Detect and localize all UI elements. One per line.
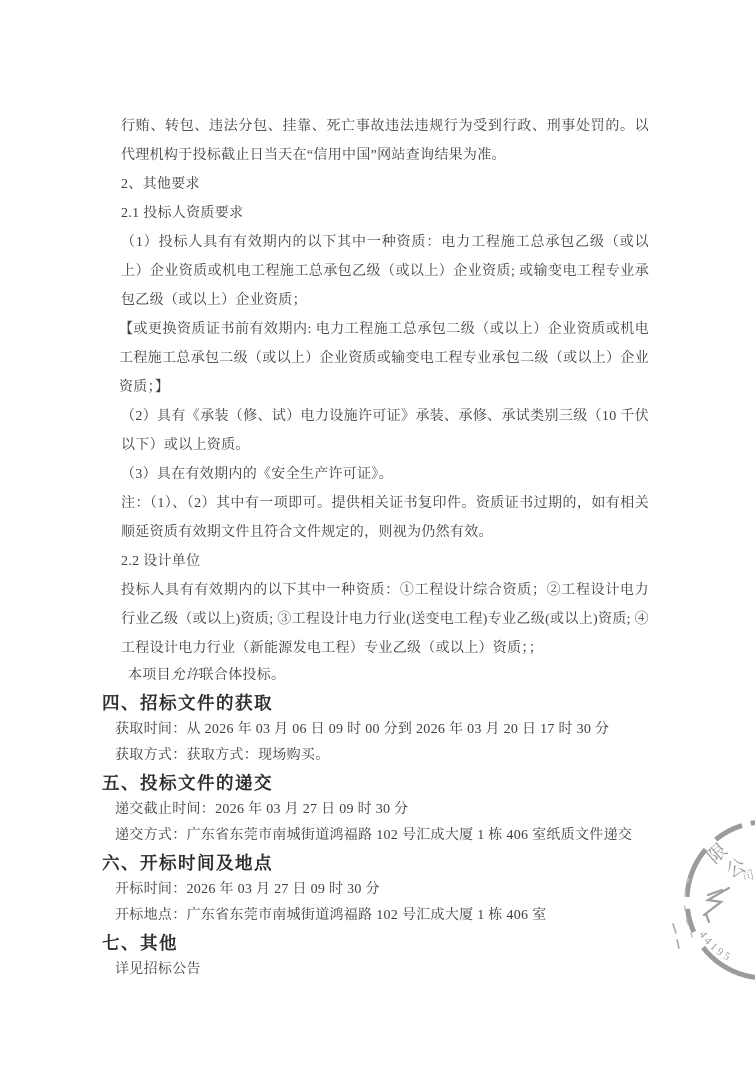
joint-venture-statement: 本项目允许联合体投标。 <box>128 663 649 689</box>
qualification-item-2: （2）具有《承装（修、试）电力设施许可证》承装、承修、承试类别三级（10 千伏以… <box>121 402 649 460</box>
heading-design-unit: 2.2 设计单位 <box>121 547 649 576</box>
jv-prefix: 本项目 <box>128 668 171 683</box>
qualification-note: 注：（1）、（2）其中有一项即可。提供相关证书复印件。资质证书过期的，如有相关顺… <box>121 489 649 547</box>
company-seal-stamp: 限 公 司 44195 <box>671 816 755 986</box>
section5-submission-method: 递交方式：广东省东莞市南城街道鸿福路 102 号汇成大厦 1 栋 406 室纸质… <box>115 823 649 849</box>
section6-title: 六、开标时间及地点 <box>102 849 649 877</box>
seal-char-si: 司 <box>740 867 755 883</box>
document-body: 行贿、转包、违法分包、挂靠、死亡事故违法违规行为受到行政、刑事处罚的。以代理机构… <box>102 112 649 983</box>
qualification-item-3: （3）具在有效期内的《安全生产许可证》。 <box>121 460 649 489</box>
qualification-item-1: （1）投标人具有有效期内的以下其中一种资质：电力工程施工总承包乙级（或以上）企业… <box>121 228 649 315</box>
section6-opening-place: 开标地点：广东省东莞市南城街道鸿福路 102 号汇成大厦 1 栋 406 室 <box>115 903 649 929</box>
design-qualification: 投标人具有有效期内的以下其中一种资质：①工程设计综合资质；②工程设计电力行业乙级… <box>121 576 649 663</box>
paragraph-credit-china-note: 行贿、转包、违法分包、挂靠、死亡事故违法违规行为受到行政、刑事处罚的。以代理机构… <box>121 112 649 170</box>
section6-opening-time: 开标时间：2026 年 03 月 27 日 09 时 30 分 <box>115 877 649 903</box>
section5-title: 五、投标文件的递交 <box>102 769 649 797</box>
scanned-tender-document-page: 行贿、转包、违法分包、挂靠、死亡事故违法违规行为受到行政、刑事处罚的。以代理机构… <box>0 0 755 1074</box>
seal-scribble <box>704 888 729 922</box>
section7-title: 七、其他 <box>102 929 649 957</box>
seal-left-ticks <box>673 924 679 948</box>
section4-acquisition-method: 获取方式：获取方式：现场购买。 <box>115 743 649 769</box>
heading-bidder-qualification: 2.1 投标人资质要求 <box>121 199 649 228</box>
section5-submission-deadline: 递交截止时间：2026 年 03 月 27 日 09 时 30 分 <box>115 797 649 823</box>
jv-suffix: 联合体投标。 <box>200 668 286 683</box>
section7-content: 详见招标公告 <box>115 957 649 983</box>
section4-title: 四、招标文件的获取 <box>102 689 649 717</box>
qualification-bracket-clause: 【或更换资质证书前有效期内: 电力工程施工总承包二级（或以上）企业资质或机电工程… <box>119 315 649 402</box>
jv-italic-word: 允许 <box>171 668 200 683</box>
section4-acquisition-time: 获取时间：从 2026 年 03 月 06 日 09 时 00 分到 2026 … <box>115 717 649 743</box>
heading-other-requirements: 2、其他要求 <box>121 170 649 199</box>
